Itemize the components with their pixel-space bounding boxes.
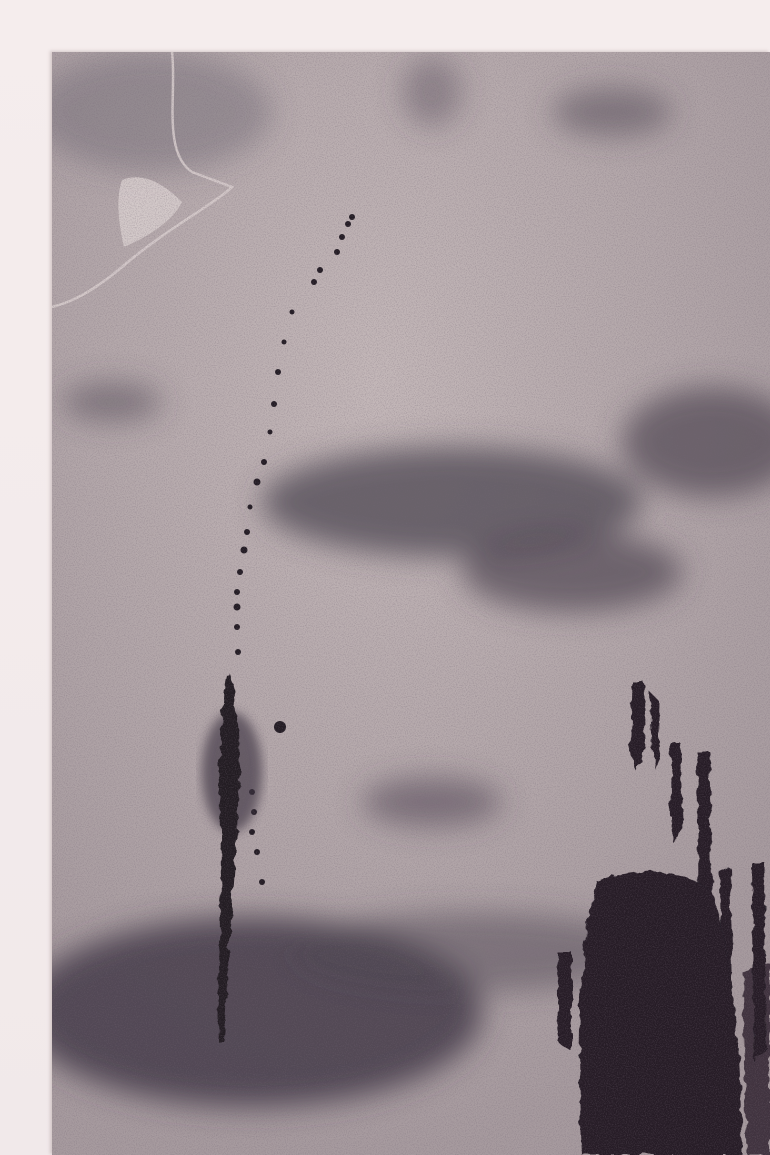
artwork-painting <box>52 52 770 1155</box>
artwork-canvas <box>52 52 770 1155</box>
